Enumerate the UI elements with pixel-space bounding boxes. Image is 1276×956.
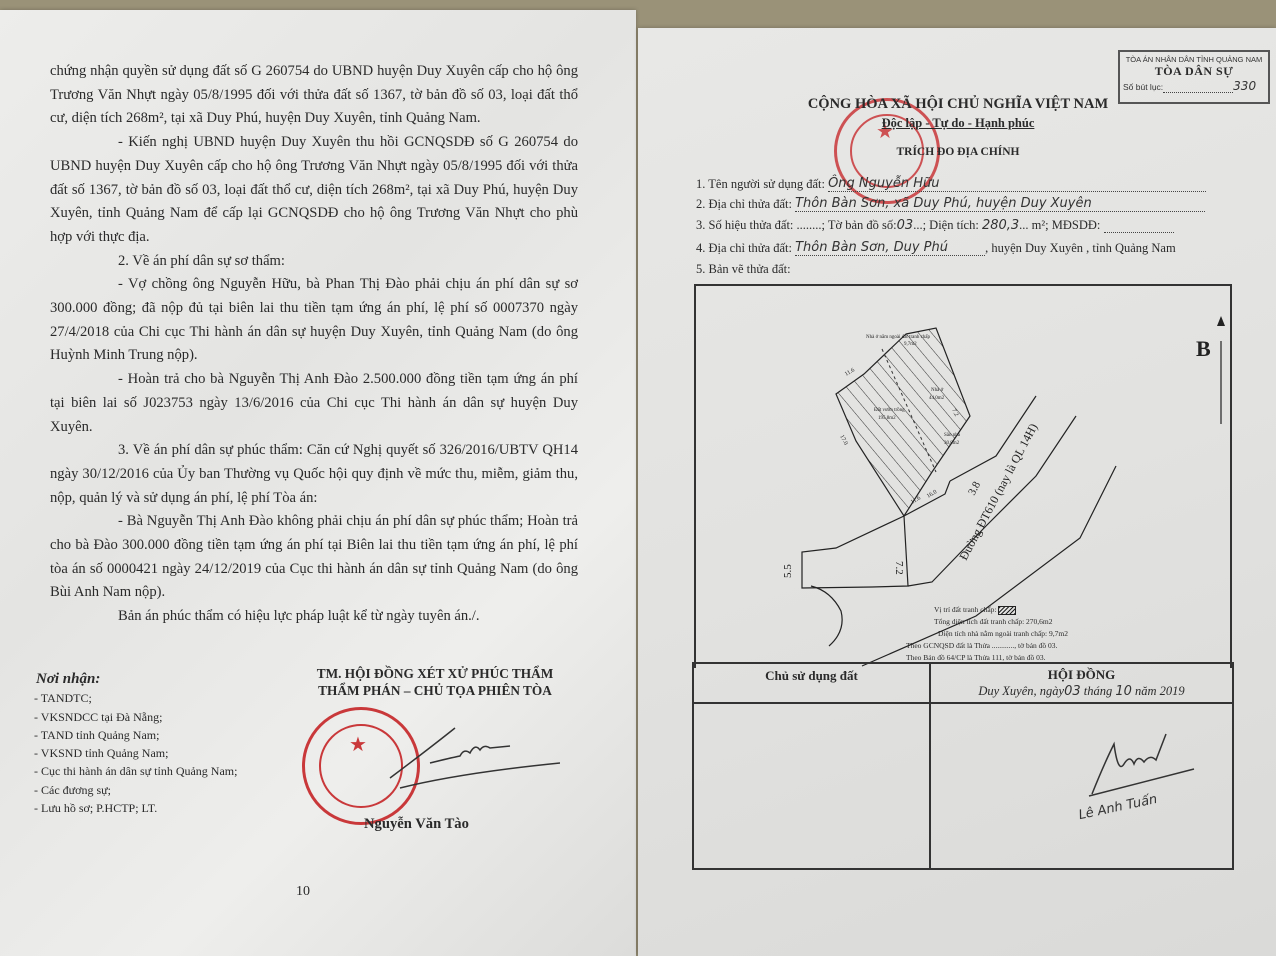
board-header: HỘI ĐỒNG <box>931 667 1232 683</box>
map-notes: Theo GCNQSD đất là Thửa ............, tờ… <box>906 640 1057 664</box>
svg-text:9,7m2: 9,7m2 <box>904 342 917 347</box>
stamp-court-name: TÒA ÁN NHÂN DÂN TỈNH QUẢNG NAM <box>1120 55 1268 64</box>
recipient-item: - VKSNDCC tại Đà Nẵng; <box>34 708 237 726</box>
recipients-title: Nơi nhận: <box>36 670 237 688</box>
svg-text:11.6: 11.6 <box>844 367 856 377</box>
parcel-address-value: Thôn Bàn Sơn, xã Duy Phú, huyện Duy Xuyê… <box>795 196 1092 211</box>
map-sheet-value: 03 <box>897 218 914 233</box>
recipient-item: - VKSND tỉnh Quảng Nam; <box>34 744 237 762</box>
judge-name: Nguyễn Văn Tào <box>364 816 469 833</box>
field-parcel-drawing: 5. Bản vẽ thửa đất: <box>696 262 791 277</box>
sign-date: Duy Xuyên, ngày03 tháng 10 năm 2019 <box>931 684 1232 699</box>
stamp-label: Số bút lục: <box>1123 82 1163 92</box>
svg-text:Đất vườn trồng: Đất vườn trồng <box>874 408 905 413</box>
svg-text:Sân nhà: Sân nhà <box>944 433 961 438</box>
nation-motto: Độc lập - Tự do - Hạnh phúc <box>788 116 1128 131</box>
signature-table: Chủ sử dụng đất HỘI ĐỒNG Duy Xuyên, ngày… <box>692 662 1234 870</box>
judgment-paragraph: chứng nhận quyền sử dụng đất số G 260754… <box>50 60 578 131</box>
document-title: TRÍCH ĐO ĐỊA CHÍNH <box>788 146 1128 158</box>
svg-text:17.0: 17.0 <box>838 434 848 446</box>
svg-text:Nhà ở nằm ngoài đất tranh chấp: Nhà ở nằm ngoài đất tranh chấp <box>866 334 931 340</box>
recipient-item: - Lưu hồ sơ; P.HCTP; LT. <box>34 799 237 817</box>
svg-text:7.2: 7.2 <box>893 561 905 575</box>
parcel-address-2-value: Thôn Bàn Sơn, Duy Phú <box>795 240 948 255</box>
svg-text:Nhà ở: Nhà ở <box>931 388 944 393</box>
map-legend: Vị trí đất tranh chấp: Tổng diện tích đấ… <box>934 604 1068 640</box>
land-user-value: Ông Nguyễn Hữu <box>828 176 939 191</box>
field-parcel-address: 2. Địa chỉ thửa đất: Thôn Bàn Sơn, xã Du… <box>696 196 1205 212</box>
recipient-item: - Các đương sự; <box>34 781 237 799</box>
svg-text:3.8: 3.8 <box>966 479 983 497</box>
judgment-page: chứng nhận quyền sử dụng đất số G 260754… <box>0 10 636 956</box>
field-parcel-number: 3. Số hiệu thửa đất: ........; Tờ bản đồ… <box>696 218 1174 233</box>
judgment-paragraph: - Hoàn trả cho bà Nguyễn Thị Anh Đào 2.5… <box>50 368 578 439</box>
record-stamp: TÒA ÁN NHÂN DÂN TỈNH QUẢNG NAM TÒA DÂN S… <box>1118 50 1270 104</box>
recipient-item: - Cục thi hành án dân sự tỉnh Quảng Nam; <box>34 762 237 780</box>
judgment-paragraph: 2. Về án phí dân sự sơ thẩm: <box>50 250 578 274</box>
page-number: 10 <box>296 884 310 900</box>
signature-block: TM. HỘI ĐỒNG XÉT XỬ PHÚC THẨM THẨM PHÁN … <box>300 665 570 699</box>
recipients-list: Nơi nhận: - TANDTC; - VKSNDCC tại Đà Nẵn… <box>34 670 237 817</box>
land-owner-header: Chủ sử dụng đất <box>694 668 929 684</box>
judgment-paragraph: 3. Về án phí dân sự phúc thẩm: Căn cứ Ng… <box>50 439 578 510</box>
svg-text:30,8m2: 30,8m2 <box>944 441 960 446</box>
judge-signature-icon <box>360 718 560 798</box>
nation-heading: CỘNG HÒA XÃ HỘI CHỦ NGHĨA VIỆT NAM <box>788 96 1128 113</box>
svg-text:195,8m2: 195,8m2 <box>878 416 896 421</box>
recipient-item: - TAND tỉnh Quảng Nam; <box>34 726 237 744</box>
judgment-paragraph: - Kiến nghị UBND huyện Duy Xuyên thu hồi… <box>50 131 578 250</box>
hatch-legend-icon <box>998 606 1016 615</box>
board-signature-icon <box>1074 724 1214 804</box>
judgment-body: chứng nhận quyền sử dụng đất số G 260754… <box>50 60 578 629</box>
stamp-number: 330 <box>1233 79 1256 93</box>
area-value: 280,3 <box>982 218 1019 233</box>
stamp-division: TÒA DÂN SỰ <box>1120 64 1268 79</box>
field-parcel-address-2: 4. Địa chỉ thửa đất: Thôn Bàn Sơn, Duy P… <box>696 240 1176 256</box>
judgment-paragraph: - Vợ chồng ông Nguyễn Hữu, bà Phan Thị Đ… <box>50 273 578 368</box>
north-label: B <box>1196 336 1211 361</box>
judgment-paragraph: - Bà Nguyễn Thị Anh Đào không phải chịu … <box>50 510 578 605</box>
field-land-user: 1. Tên người sử dụng đất: Ông Nguyễn Hữu <box>696 176 1206 192</box>
cadastral-extract-page: TÒA ÁN NHÂN DÂN TỈNH QUẢNG NAM TÒA DÂN S… <box>638 28 1276 956</box>
judgment-paragraph: Bản án phúc thẩm có hiệu lực pháp luật k… <box>50 605 578 629</box>
svg-text:5.5: 5.5 <box>782 564 794 578</box>
svg-text:44,0m2: 44,0m2 <box>929 396 945 401</box>
recipient-item: - TANDTC; <box>34 689 237 707</box>
parcel-map: B Nhà ở nằm ngoài đất tranh chấp Đất vườ… <box>694 284 1232 668</box>
signature-line-1: TM. HỘI ĐỒNG XÉT XỬ PHÚC THẨM <box>300 665 570 682</box>
signature-line-2: THẨM PHÁN – CHỦ TỌA PHIÊN TÒA <box>300 682 570 699</box>
